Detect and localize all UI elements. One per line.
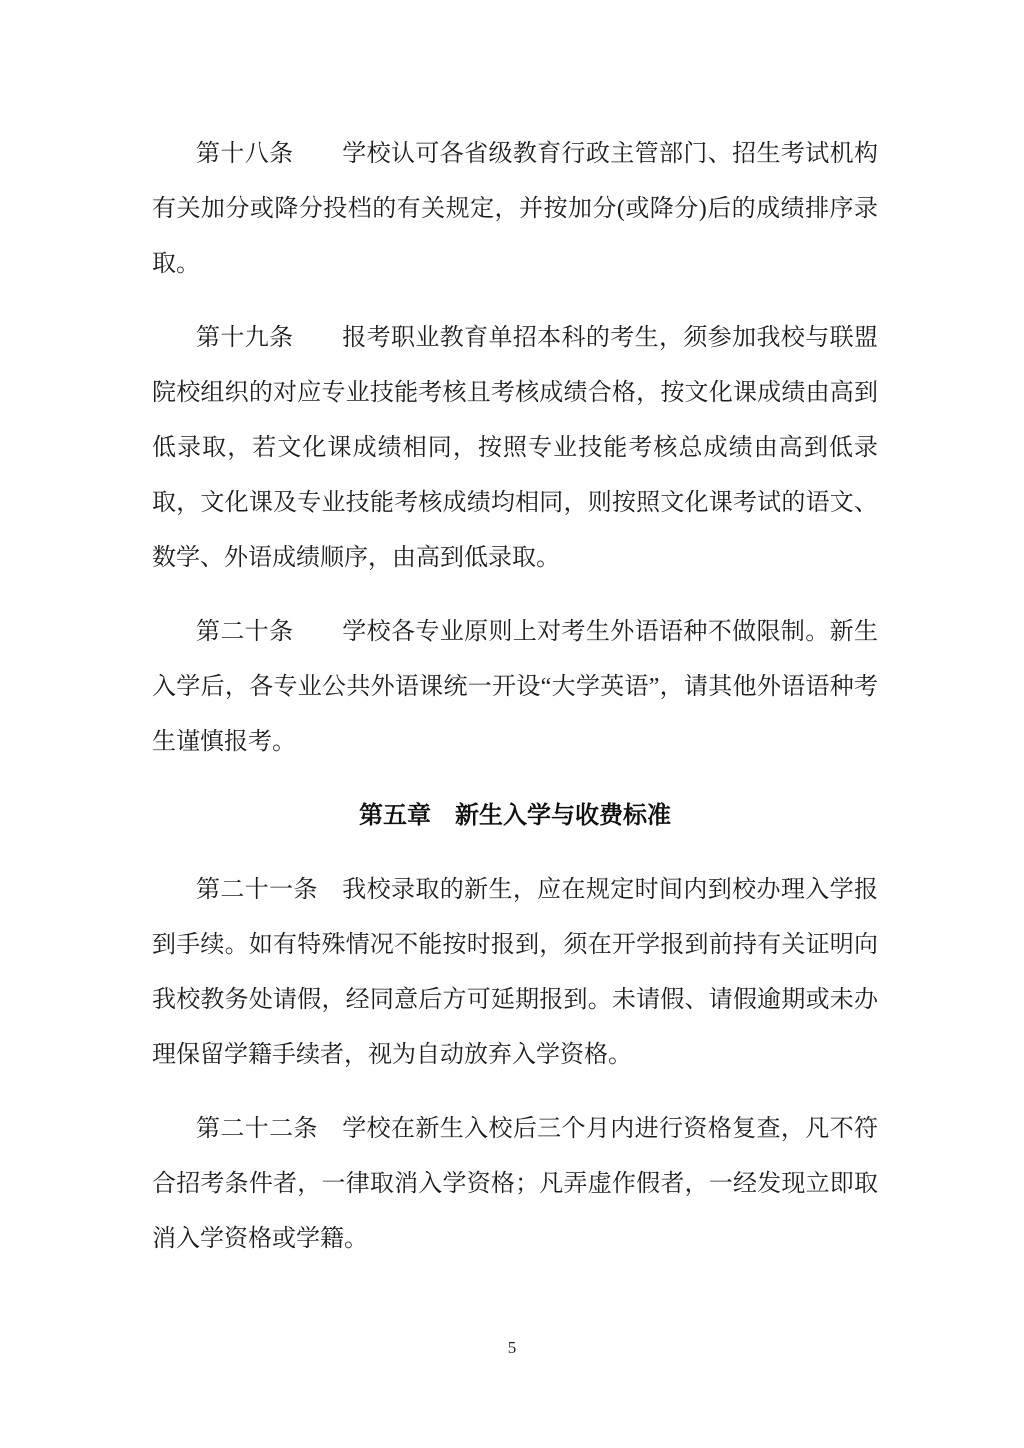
- paragraph-article-18: 第十八条 学校认可各省级教育行政主管部门、招生考试机构有关加分或降分投档的有关规…: [152, 127, 878, 292]
- page-number: 5: [508, 1338, 517, 1357]
- page-footer: 5: [0, 1336, 1024, 1360]
- chapter-heading: 第五章 新生入学与收费标准: [152, 789, 878, 844]
- paragraph-article-21: 第二十一条 我校录取的新生，应在规定时间内到校办理入学报到手续。如有特殊情况不能…: [152, 863, 878, 1083]
- document-page: 第十八条 学校认可各省级教育行政主管部门、招生考试机构有关加分或降分投档的有关规…: [0, 0, 1024, 1448]
- document-body: 第十八条 学校认可各省级教育行政主管部门、招生考试机构有关加分或降分投档的有关规…: [152, 127, 878, 1286]
- paragraph-article-19: 第十九条 报考职业教育单招本科的考生，须参加我校与联盟院校组织的对应专业技能考核…: [152, 311, 878, 586]
- paragraph-article-22: 第二十二条 学校在新生入校后三个月内进行资格复查，凡不符合招考条件者，一律取消入…: [152, 1102, 878, 1267]
- paragraph-article-20: 第二十条 学校各专业原则上对考生外语语种不做限制。新生入学后，各专业公共外语课统…: [152, 605, 878, 770]
